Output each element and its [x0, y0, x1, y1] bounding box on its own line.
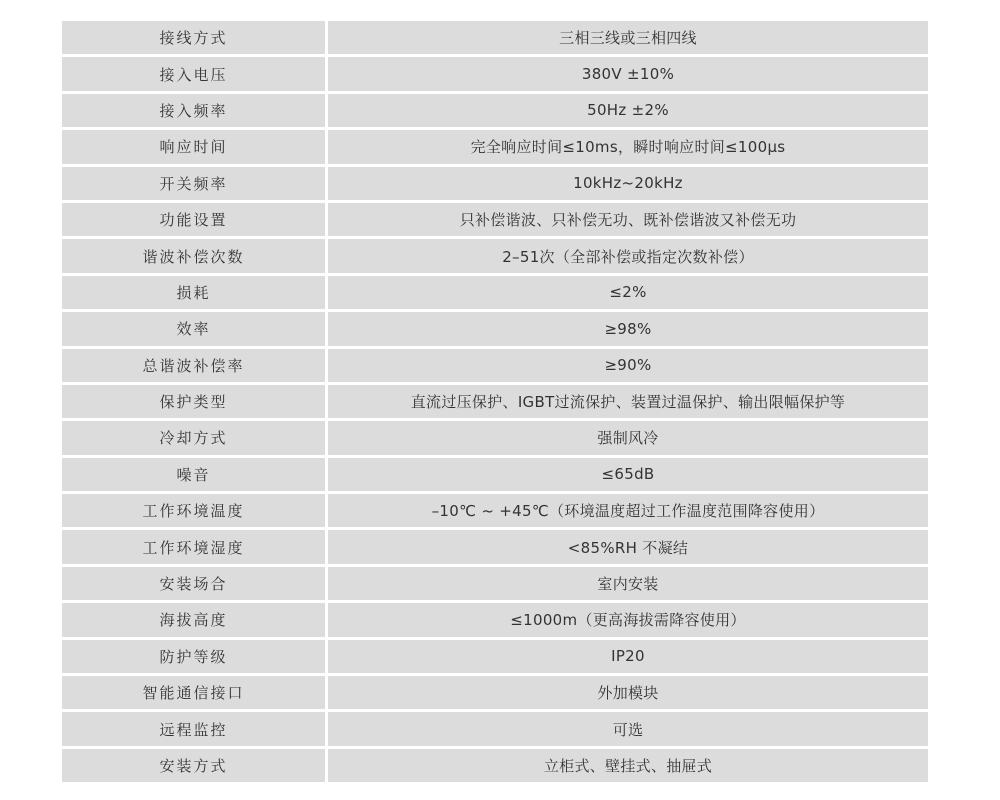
- spec-row-frequency: 接入频率 50Hz ±2%: [62, 94, 928, 127]
- spec-value: 立柜式、壁挂式、抽屉式: [328, 749, 928, 782]
- spec-label: 损耗: [62, 276, 325, 309]
- spec-value: 只补偿谐波、只补偿无功、既补偿谐波又补偿无功: [328, 203, 928, 236]
- spec-value: 2–51次（全部补偿或指定次数补偿）: [328, 239, 928, 272]
- spec-label: 防护等级: [62, 640, 325, 673]
- spec-row-installation-site: 安装场合 室内安装: [62, 567, 928, 600]
- spec-row-noise: 噪音 ≤65dB: [62, 458, 928, 491]
- spec-row-switching-frequency: 开关频率 10kHz~20kHz: [62, 167, 928, 200]
- spec-label: 开关频率: [62, 167, 325, 200]
- spec-label: 工作环境湿度: [62, 530, 325, 563]
- spec-row-protection-types: 保护类型 直流过压保护、IGBT过流保护、装置过温保护、输出限幅保护等: [62, 385, 928, 418]
- spec-value: 380V ±10%: [328, 57, 928, 90]
- spec-value: 50Hz ±2%: [328, 94, 928, 127]
- spec-value: 10kHz~20kHz: [328, 167, 928, 200]
- spec-row-cooling: 冷却方式 强制风冷: [62, 421, 928, 454]
- spec-value: ≥98%: [328, 312, 928, 345]
- spec-label: 智能通信接口: [62, 676, 325, 709]
- spec-label: 安装方式: [62, 749, 325, 782]
- spec-row-communication-interface: 智能通信接口 外加模块: [62, 676, 928, 709]
- spec-label: 谐波补偿次数: [62, 239, 325, 272]
- spec-label: 噪音: [62, 458, 325, 491]
- spec-value: ≤2%: [328, 276, 928, 309]
- spec-row-ambient-temperature: 工作环境温度 –10℃ ~ +45℃（环境温度超过工作温度范围降容使用）: [62, 494, 928, 527]
- spec-value: –10℃ ~ +45℃（环境温度超过工作温度范围降容使用）: [328, 494, 928, 527]
- spec-table: 接线方式 三相三线或三相四线 接入电压 380V ±10% 接入频率 50Hz …: [62, 21, 928, 782]
- spec-value: 室内安装: [328, 567, 928, 600]
- spec-label: 工作环境温度: [62, 494, 325, 527]
- spec-row-loss: 损耗 ≤2%: [62, 276, 928, 309]
- spec-label: 保护类型: [62, 385, 325, 418]
- spec-row-remote-monitoring: 远程监控 可选: [62, 712, 928, 745]
- spec-value: 完全响应时间≤10ms，瞬时响应时间≤100μs: [328, 130, 928, 163]
- spec-value: IP20: [328, 640, 928, 673]
- spec-value: ≤1000m（更高海拔需降容使用）: [328, 603, 928, 636]
- spec-label: 接线方式: [62, 21, 325, 54]
- spec-row-response-time: 响应时间 完全响应时间≤10ms，瞬时响应时间≤100μs: [62, 130, 928, 163]
- spec-row-wiring: 接线方式 三相三线或三相四线: [62, 21, 928, 54]
- spec-value: 外加模块: [328, 676, 928, 709]
- spec-label: 冷却方式: [62, 421, 325, 454]
- spec-row-function-settings: 功能设置 只补偿谐波、只补偿无功、既补偿谐波又补偿无功: [62, 203, 928, 236]
- spec-label: 接入电压: [62, 57, 325, 90]
- spec-value: ≤65dB: [328, 458, 928, 491]
- spec-row-harmonic-orders: 谐波补偿次数 2–51次（全部补偿或指定次数补偿）: [62, 239, 928, 272]
- spec-row-thd-compensation: 总谐波补偿率 ≥90%: [62, 349, 928, 382]
- spec-row-ambient-humidity: 工作环境湿度 <85%RH 不凝结: [62, 530, 928, 563]
- spec-row-efficiency: 效率 ≥98%: [62, 312, 928, 345]
- spec-value: <85%RH 不凝结: [328, 530, 928, 563]
- spec-value: 三相三线或三相四线: [328, 21, 928, 54]
- spec-label: 海拔高度: [62, 603, 325, 636]
- spec-value: 强制风冷: [328, 421, 928, 454]
- spec-value: ≥90%: [328, 349, 928, 382]
- spec-label: 接入频率: [62, 94, 325, 127]
- spec-label: 响应时间: [62, 130, 325, 163]
- spec-value: 可选: [328, 712, 928, 745]
- spec-label: 安装场合: [62, 567, 325, 600]
- spec-row-protection-rating: 防护等级 IP20: [62, 640, 928, 673]
- spec-row-mounting-type: 安装方式 立柜式、壁挂式、抽屉式: [62, 749, 928, 782]
- spec-label: 总谐波补偿率: [62, 349, 325, 382]
- spec-row-voltage: 接入电压 380V ±10%: [62, 57, 928, 90]
- spec-label: 功能设置: [62, 203, 325, 236]
- spec-row-altitude: 海拔高度 ≤1000m（更高海拔需降容使用）: [62, 603, 928, 636]
- spec-label: 效率: [62, 312, 325, 345]
- spec-label: 远程监控: [62, 712, 325, 745]
- spec-value: 直流过压保护、IGBT过流保护、装置过温保护、输出限幅保护等: [328, 385, 928, 418]
